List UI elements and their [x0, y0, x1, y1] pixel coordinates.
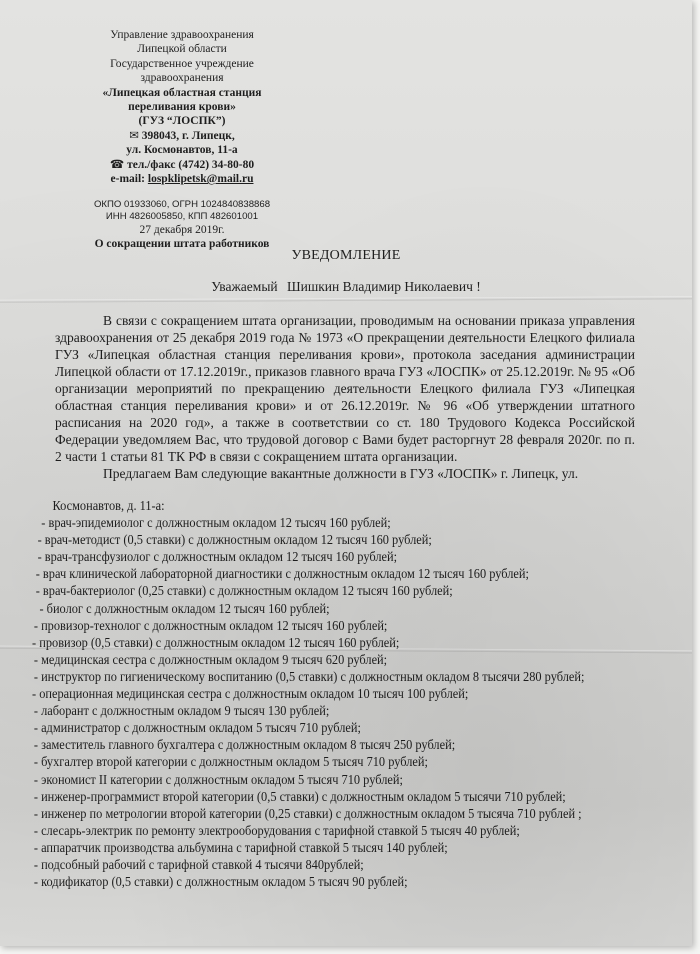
vacancy-item: - инженер по метрологии второй категории… — [32, 805, 601, 822]
offer-address: Космонавтов, д. 11-а: — [52, 497, 601, 514]
vacancy-list: - врач-эпидемиолог с должностным окладом… — [32, 514, 601, 890]
phone-icon: ☎ — [110, 158, 124, 172]
inn-kpp: ИНН 4826005850, КПП 482601001 — [62, 211, 302, 223]
vacancy-item: - инструктор по гигиеническому воспитани… — [32, 668, 601, 685]
vacancy-item: - аппаратчик производства альбумина с та… — [32, 839, 601, 856]
vacancy-item: - лаборант с должностным окладом 9 тысяч… — [32, 702, 601, 719]
email-line: e-mail: lospklipetsk@mail.ru — [62, 172, 302, 186]
institution-abbr: (ГУЗ “ЛОСПК”) — [62, 114, 302, 128]
notice-body: В связи с сокращением штата организации,… — [55, 312, 635, 482]
org-line: Управление здравоохранения — [62, 28, 302, 42]
salutation-prefix: Уважаемый — [211, 279, 277, 294]
institution-line: переливания крови» — [62, 100, 302, 114]
vacancy-item: - биолог с должностным окладом 12 тысяч … — [32, 600, 601, 617]
address-text: 398043, г. Липецк, — [142, 130, 235, 142]
offer-paragraph: Предлагаем Вам следующие вакантные должн… — [55, 465, 635, 482]
address-line: ✉ 398043, г. Липецк, — [62, 129, 302, 143]
vacancy-item: - подсобный рабочий с тарифной ставкой 4… — [32, 856, 601, 873]
vacancy-item: - провизор-технолог с должностным окладо… — [32, 617, 601, 634]
salutation: Уважаемый Шишкин Владимир Николаевич ! — [0, 279, 692, 295]
envelope-icon: ✉ — [129, 129, 139, 143]
phone-text: тел./факс (4742) 34-80-80 — [127, 159, 254, 171]
vacancy-item: - врач клинической лабораторной диагност… — [32, 565, 601, 582]
vacancy-item: - заместитель главного бухгалтера с долж… — [32, 736, 601, 753]
org-line: здравоохранения — [62, 71, 302, 85]
vacancy-list-section: Космонавтов, д. 11-а: - врач-эпидемиолог… — [32, 497, 601, 890]
vacancy-item: - кодификатор (0,5 ставки) с должностным… — [32, 873, 601, 890]
org-line: Государственное учреждение — [62, 57, 302, 71]
scanned-letter-page: Управление здравоохранения Липецкой обла… — [0, 0, 692, 946]
vacancy-item: - врач-бактериолог (0,25 ставки) с должн… — [32, 582, 601, 599]
letterhead: Управление здравоохранения Липецкой обла… — [62, 28, 302, 251]
vacancy-item: - слесарь-электрик по ремонту электрообо… — [32, 822, 601, 839]
email-label: e-mail: — [111, 173, 145, 185]
letter-date: 27 декабря 2019г. — [62, 223, 302, 237]
phone-line: ☎ тел./факс (4742) 34-80-80 — [62, 158, 302, 172]
vacancy-item: - врач-эпидемиолог с должностным окладом… — [32, 514, 601, 531]
email-link[interactable]: lospklipetsk@mail.ru — [148, 173, 254, 185]
org-line: Липецкой области — [62, 42, 302, 56]
vacancy-item: - врач-методист (0,5 ставки) с должностн… — [32, 531, 601, 548]
notice-paragraph: В связи с сокращением штата организации,… — [55, 312, 635, 465]
recipient-name: Шишкин Владимир Николаевич ! — [287, 279, 481, 294]
vacancy-item: - медицинская сестра с должностным оклад… — [32, 651, 601, 668]
vacancy-item: - инженер-программист второй категории (… — [32, 788, 601, 805]
institution-line: «Липецкая областная станция — [62, 86, 302, 100]
okpo-ogrn: ОКПО 01933060, ОГРН 1024840838868 — [62, 199, 302, 211]
vacancy-item: - администратор с должностным окладом 5 … — [32, 719, 601, 736]
address-street: ул. Космонавтов, 11-а — [62, 143, 302, 157]
vacancy-item: - бухгалтер второй категории с должностн… — [32, 753, 601, 770]
vacancy-item: - провизор (0,5 ставки) с должностным ок… — [32, 634, 601, 651]
vacancy-item: - экономист II категории с должностным о… — [32, 771, 601, 788]
vacancy-item: - операционная медицинская сестра с долж… — [32, 685, 601, 702]
document-title: УВЕДОМЛЕНИЕ — [0, 248, 692, 264]
vacancy-item: - врач-трансфузиолог с должностным оклад… — [32, 548, 601, 565]
paper-fold-line — [0, 296, 692, 303]
